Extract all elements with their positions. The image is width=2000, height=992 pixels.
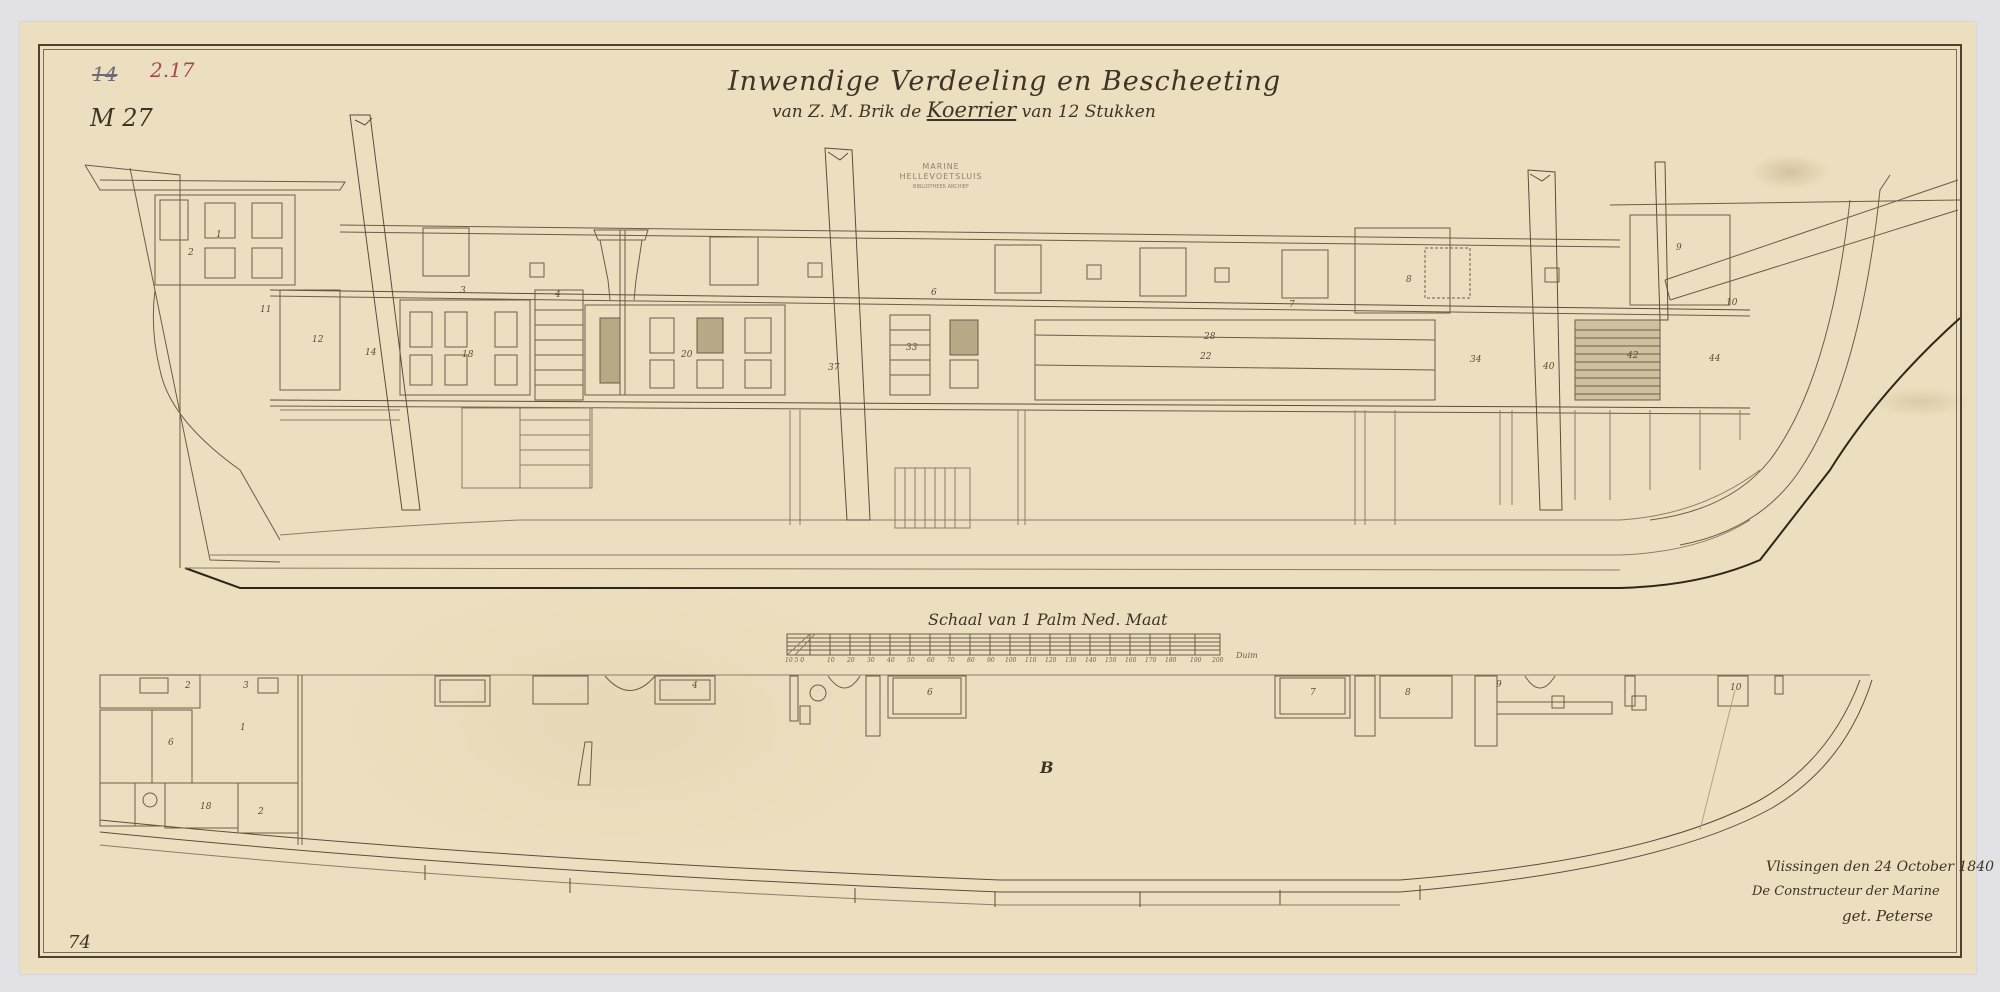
signature-title: De Constructeur der Marine — [1752, 884, 1940, 899]
room-label: 3 — [460, 286, 466, 296]
scale-tick: 140 — [1085, 657, 1096, 664]
room-label: 12 — [312, 335, 323, 345]
scale-tick: 40 — [887, 657, 895, 664]
room-label: 28 — [1204, 332, 1215, 342]
subtitle-prefix: van Z. M. Brik de — [772, 102, 921, 122]
scale-tick: 160 — [1125, 657, 1136, 664]
scale-tick: 130 — [1065, 657, 1076, 664]
crossed-reference: 14 — [92, 62, 117, 86]
ship-name: Koerrier — [927, 98, 1016, 122]
ship-drawing — [0, 0, 2000, 992]
plan-room-label: 3 — [243, 681, 249, 691]
plan-room-label: 6 — [168, 738, 174, 748]
section-label-b: B — [1040, 758, 1054, 777]
scale-tick: 10 5 0 — [785, 657, 804, 664]
plan-room-label: 9 — [1496, 680, 1502, 690]
room-label: 7 — [1289, 300, 1295, 310]
plan-view — [100, 675, 1872, 907]
scale-tick: 200 — [1212, 657, 1223, 664]
scale-tick: 30 — [867, 657, 875, 664]
room-label: 33 — [906, 343, 917, 353]
scale-tick: 110 — [1025, 657, 1036, 664]
room-label: 4 — [555, 290, 561, 300]
subtitle-suffix: van 12 Stukken — [1022, 102, 1156, 122]
red-reference-code: 2.17 — [150, 58, 195, 82]
lower-hold — [280, 408, 1740, 528]
room-label: 22 — [1200, 352, 1211, 362]
archive-stamp: MARINE HELLEVOETSLUIS BIBLIOTHEEK ARCHIE… — [898, 162, 984, 192]
room-label: 34 — [1470, 355, 1481, 365]
profile-masts — [350, 115, 1668, 520]
plan-room-label: 2 — [258, 807, 264, 817]
room-label: 10 — [1726, 298, 1737, 308]
scale-tick: 80 — [967, 657, 975, 664]
plan-room-label: 1 — [240, 723, 246, 733]
scale-tick: 100 — [1005, 657, 1016, 664]
plan-room-label: 4 — [692, 681, 698, 691]
room-label: 40 — [1543, 362, 1554, 372]
scale-tick: 60 — [927, 657, 935, 664]
scale-tick: 10 — [827, 657, 835, 664]
room-label: 6 — [931, 288, 937, 298]
inventory-number: M 27 — [90, 104, 153, 132]
room-label: 20 — [681, 350, 692, 360]
room-label: 44 — [1709, 354, 1720, 364]
scale-title: Schaal van 1 Palm Ned. Maat — [928, 610, 1167, 629]
room-label: 14 — [365, 348, 376, 358]
room-label: 42 — [1627, 351, 1638, 361]
scale-unit-label: Duim — [1236, 651, 1258, 660]
room-label: 1 — [216, 230, 222, 240]
room-label: 2 — [188, 248, 194, 258]
stamp-line3: BIBLIOTHEEK ARCHIEF — [898, 182, 984, 192]
scale-tick: 150 — [1105, 657, 1116, 664]
room-label: 9 — [1676, 243, 1682, 253]
drawing-subtitle: van Z. M. Brik de Koerrier van 12 Stukke… — [772, 98, 1156, 122]
plan-room-label: 8 — [1405, 688, 1411, 698]
profile-hull — [85, 165, 1960, 588]
scale-tick: 70 — [947, 657, 955, 664]
stamp-line1: MARINE — [898, 162, 984, 172]
room-label: 18 — [462, 350, 473, 360]
signature-name: get. Peterse — [1842, 907, 1933, 925]
scale-tick: 190 — [1190, 657, 1201, 664]
plan-room-label: 10 — [1730, 683, 1741, 693]
scale-tick: 170 — [1145, 657, 1156, 664]
signature-place-date: Vlissingen den 24 October 1840 — [1766, 859, 1994, 875]
plan-room-label: 7 — [1310, 688, 1316, 698]
scale-tick: 50 — [907, 657, 915, 664]
plan-room-label: 18 — [200, 802, 211, 812]
scale-tick: 180 — [1165, 657, 1176, 664]
room-label: 37 — [828, 363, 839, 373]
scale-tick: 20 — [847, 657, 855, 664]
scale-tick: 120 — [1045, 657, 1056, 664]
scale-tick: 90 — [987, 657, 995, 664]
room-label: 8 — [1406, 275, 1412, 285]
plan-room-label: 2 — [185, 681, 191, 691]
room-label: 11 — [260, 305, 271, 315]
drawing-title: Inwendige Verdeeling en Bescheeting — [728, 66, 1281, 97]
page-number: 74 — [68, 932, 91, 953]
plan-room-label: 6 — [927, 688, 933, 698]
scale-bar — [787, 634, 1220, 655]
stamp-line2: HELLEVOETSLUIS — [898, 172, 984, 182]
